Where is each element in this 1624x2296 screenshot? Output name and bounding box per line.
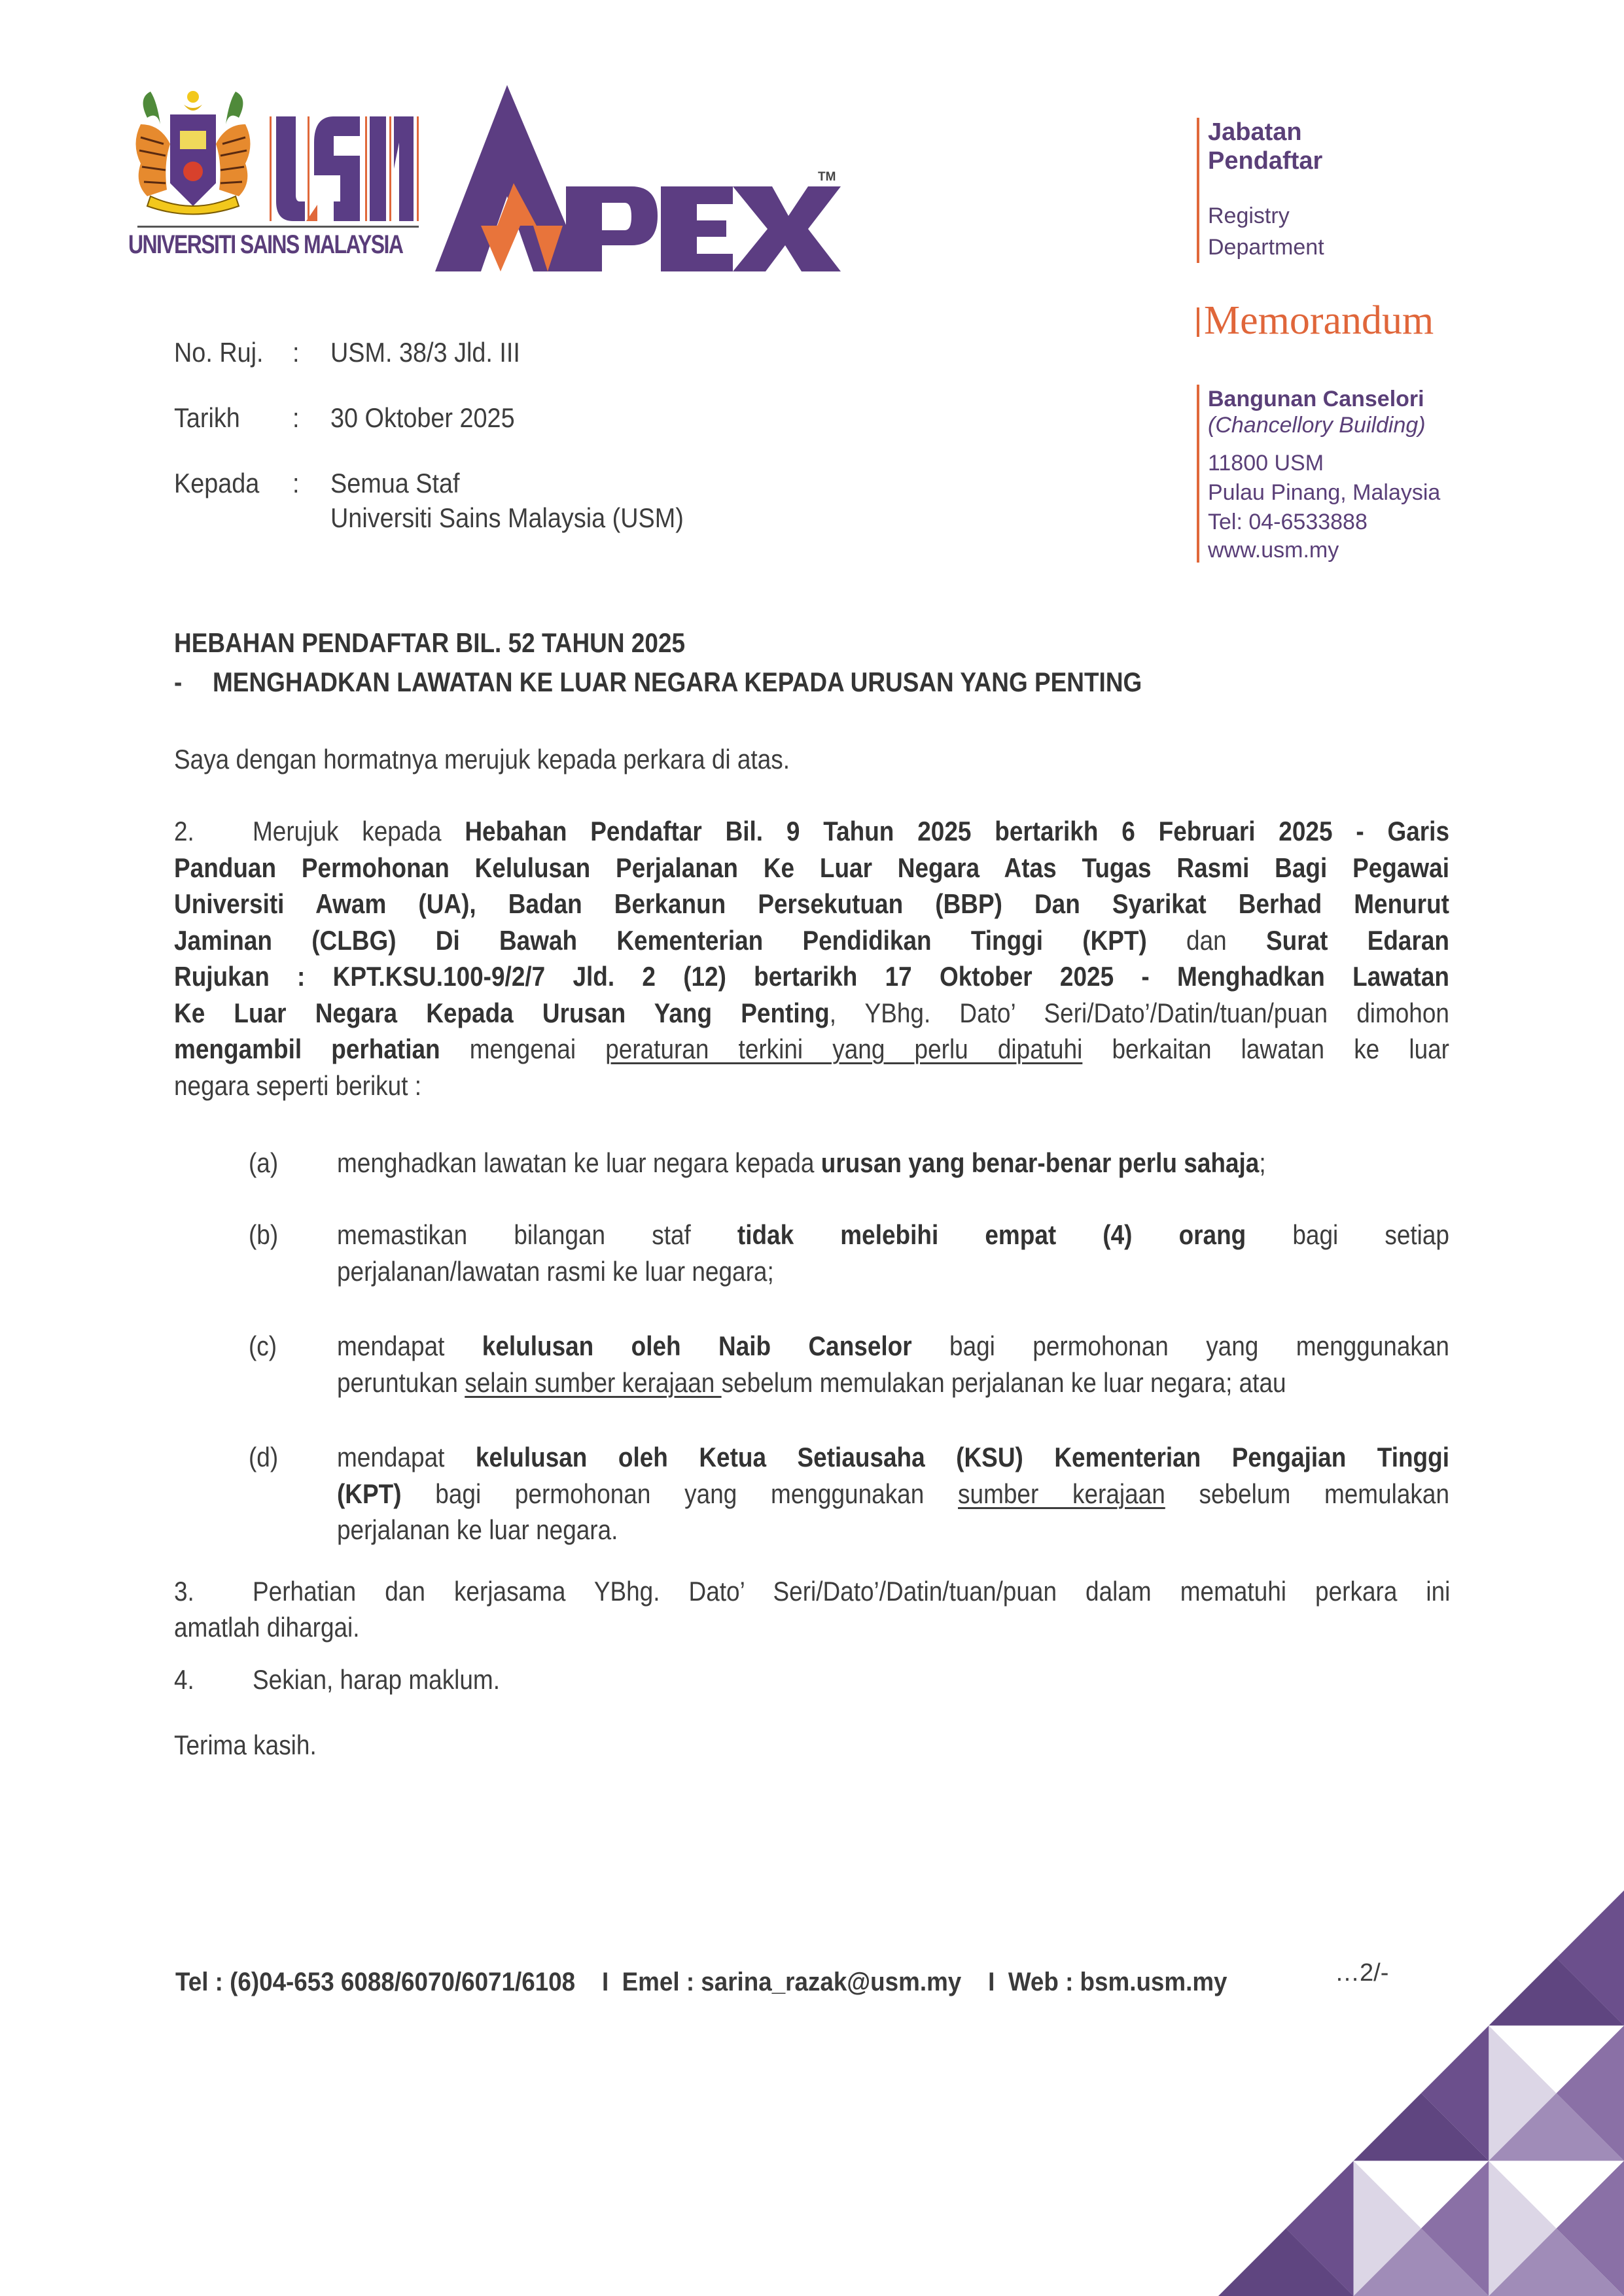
para3-number: 3. bbox=[174, 1573, 194, 1609]
bold-text: Jaminan (CLBG) Di Bawah Kementerian Pend… bbox=[174, 925, 1147, 956]
address-website[interactable]: www.usm.my bbox=[1208, 535, 1339, 565]
recipient-label: Kepada bbox=[174, 466, 259, 501]
text-span: berkaitan lawatan ke luar bbox=[1082, 1034, 1449, 1064]
underlined-text: sumber kerajaan bbox=[958, 1478, 1165, 1509]
apex-logo bbox=[435, 85, 841, 271]
text-line: Merujuk kepada Hebahan Pendaftar Bil. 9 … bbox=[253, 813, 1449, 849]
para3-line1: Perhatian dan kerjasama YBhg. Dato’ Seri… bbox=[253, 1573, 1450, 1609]
bold-text: Universiti Awam (UA), Badan Berkanun Per… bbox=[174, 888, 1449, 919]
list-item-label: (b) bbox=[249, 1217, 278, 1253]
list-item-label: (d) bbox=[249, 1439, 278, 1475]
text-span: perjalanan ke luar negara. bbox=[337, 1514, 618, 1545]
text-span: dan bbox=[1147, 925, 1266, 956]
para2-number: 2. bbox=[174, 813, 194, 849]
bold-text: Rujukan : KPT.KSU.100-9/2/7 Jld. 2 (12) … bbox=[174, 961, 1449, 992]
bold-text: Ke Luar Negara Kepada Urusan Yang Pentin… bbox=[174, 998, 830, 1028]
usm-crest-logo bbox=[128, 85, 258, 219]
text-line: (KPT) bagi permohonan yang menggunakan s… bbox=[337, 1476, 1449, 1512]
text-line: Ke Luar Negara Kepada Urusan Yang Pentin… bbox=[174, 995, 1449, 1031]
date-value: 30 Oktober 2025 bbox=[330, 400, 515, 436]
subject-dash: - bbox=[174, 664, 182, 700]
university-name: UNIVERSITI SAINS MALAYSIA bbox=[128, 230, 364, 260]
text-line: mendapat kelulusan oleh Ketua Setiausaha… bbox=[337, 1439, 1449, 1475]
para4-text: Sekian, harap maklum. bbox=[253, 1661, 500, 1697]
text-line: mengambil perhatian mengenai peraturan t… bbox=[174, 1031, 1449, 1067]
text-span: sebelum memulakan bbox=[1165, 1478, 1449, 1509]
bold-text: tidak melebihi empat (4) orang bbox=[737, 1219, 1246, 1250]
opening-line: Saya dengan hormatnya merujuk kepada per… bbox=[174, 741, 790, 777]
text-line: menghadkan lawatan ke luar negara kepada… bbox=[337, 1145, 1266, 1181]
logo-divider bbox=[137, 226, 419, 228]
text-span: sebelum memulakan perjalanan ke luar neg… bbox=[722, 1367, 1286, 1398]
bold-text: Surat Edaran bbox=[1266, 925, 1449, 956]
corner-triangle-decoration bbox=[1218, 1890, 1624, 2296]
text-span: mengenai bbox=[440, 1034, 606, 1064]
address-accent-rule bbox=[1197, 385, 1199, 563]
recipient-colon: : bbox=[292, 466, 300, 501]
department-name-ms: Jabatan Pendaftar bbox=[1208, 118, 1322, 175]
text-span: peruntukan bbox=[337, 1367, 465, 1398]
date-label: Tarikh bbox=[174, 400, 240, 436]
text-span: menghadkan lawatan ke luar negara kepada bbox=[337, 1147, 821, 1178]
ref-colon: : bbox=[292, 335, 300, 370]
text-line: peruntukan selain sumber kerajaan sebelu… bbox=[337, 1365, 1286, 1400]
list-item-label: (a) bbox=[249, 1145, 278, 1181]
underlined-text: peraturan terkini yang perlu dipatuhi bbox=[605, 1034, 1082, 1064]
address-postcode: 11800 USM bbox=[1208, 448, 1324, 478]
text-line: mendapat kelulusan oleh Naib Canselor ba… bbox=[337, 1328, 1449, 1364]
ref-value: USM. 38/3 Jld. III bbox=[330, 335, 520, 370]
text-span: , YBhg. Dato’ Seri/Dato’/Datin/tuan/puan… bbox=[830, 998, 1449, 1028]
text-line: perjalanan/lawatan rasmi ke luar negara; bbox=[337, 1253, 774, 1289]
text-span: bagi setiap bbox=[1246, 1219, 1449, 1250]
recipient-value-1: Semua Staf bbox=[330, 466, 460, 501]
usm-wordmark-logo bbox=[268, 116, 420, 221]
bold-text: Panduan Permohonan Kelulusan Perjalanan … bbox=[174, 852, 1449, 883]
trademark-symbol: TM bbox=[818, 170, 836, 184]
address-state: Pulau Pinang, Malaysia bbox=[1208, 478, 1440, 508]
ref-label: No. Ruj. bbox=[174, 335, 264, 370]
header-accent-rule bbox=[1197, 118, 1199, 263]
bold-text: (KPT) bbox=[337, 1478, 402, 1509]
footer-contact: Tel : (6)04-653 6088/6070/6071/6108 I Em… bbox=[175, 1968, 1227, 1997]
text-span: ; bbox=[1259, 1147, 1265, 1178]
department-name-en: Registry Department bbox=[1208, 200, 1324, 263]
bold-text: urusan yang benar-benar perlu sahaja bbox=[821, 1147, 1260, 1178]
document-type-title: Memorandum bbox=[1204, 298, 1434, 343]
closing-line: Terima kasih. bbox=[174, 1727, 317, 1763]
para3-line2: amatlah dihargai. bbox=[174, 1609, 360, 1645]
text-line: perjalanan ke luar negara. bbox=[337, 1512, 618, 1548]
underlined-text: selain sumber kerajaan bbox=[465, 1367, 721, 1398]
text-line: memastikan bilangan staf tidak melebihi … bbox=[337, 1217, 1449, 1253]
address-building: Bangunan Canselori bbox=[1208, 386, 1424, 412]
text-span: perjalanan/lawatan rasmi ke luar negara; bbox=[337, 1256, 774, 1287]
para4-number: 4. bbox=[174, 1661, 194, 1697]
text-span: negara seperti berikut : bbox=[174, 1070, 421, 1101]
bold-text: Hebahan Pendaftar Bil. 9 Tahun 2025 bert… bbox=[465, 816, 1449, 846]
recipient-value-2: Universiti Sains Malaysia (USM) bbox=[330, 500, 684, 536]
text-span: bagi permohonan yang menggunakan bbox=[912, 1331, 1449, 1361]
memo-accent-rule bbox=[1197, 307, 1199, 337]
bold-text: mengambil perhatian bbox=[174, 1034, 440, 1064]
text-span: bagi permohonan yang menggunakan bbox=[402, 1478, 958, 1509]
date-colon: : bbox=[292, 400, 300, 436]
subject-subtitle: MENGHADKAN LAWATAN KE LUAR NEGARA KEPADA… bbox=[213, 664, 1142, 700]
text-line: negara seperti berikut : bbox=[174, 1068, 421, 1104]
address-building-en: (Chancellory Building) bbox=[1208, 412, 1426, 438]
list-item-label: (c) bbox=[249, 1328, 277, 1364]
text-line: Universiti Awam (UA), Badan Berkanun Per… bbox=[174, 886, 1449, 922]
text-span: mendapat bbox=[337, 1331, 482, 1361]
text-line: Rujukan : KPT.KSU.100-9/2/7 Jld. 2 (12) … bbox=[174, 958, 1449, 994]
subject-title: HEBAHAN PENDAFTAR BIL. 52 TAHUN 2025 bbox=[174, 625, 685, 661]
address-phone: Tel: 04-6533888 bbox=[1208, 507, 1368, 537]
text-span: memastikan bilangan staf bbox=[337, 1219, 737, 1250]
bold-text: kelulusan oleh Naib Canselor bbox=[482, 1331, 912, 1361]
text-line: Panduan Permohonan Kelulusan Perjalanan … bbox=[174, 850, 1449, 886]
text-line: Jaminan (CLBG) Di Bawah Kementerian Pend… bbox=[174, 922, 1449, 958]
bold-text: kelulusan oleh Ketua Setiausaha (KSU) Ke… bbox=[476, 1442, 1449, 1472]
text-span: mendapat bbox=[337, 1442, 476, 1472]
text-span: Merujuk kepada bbox=[253, 816, 465, 846]
